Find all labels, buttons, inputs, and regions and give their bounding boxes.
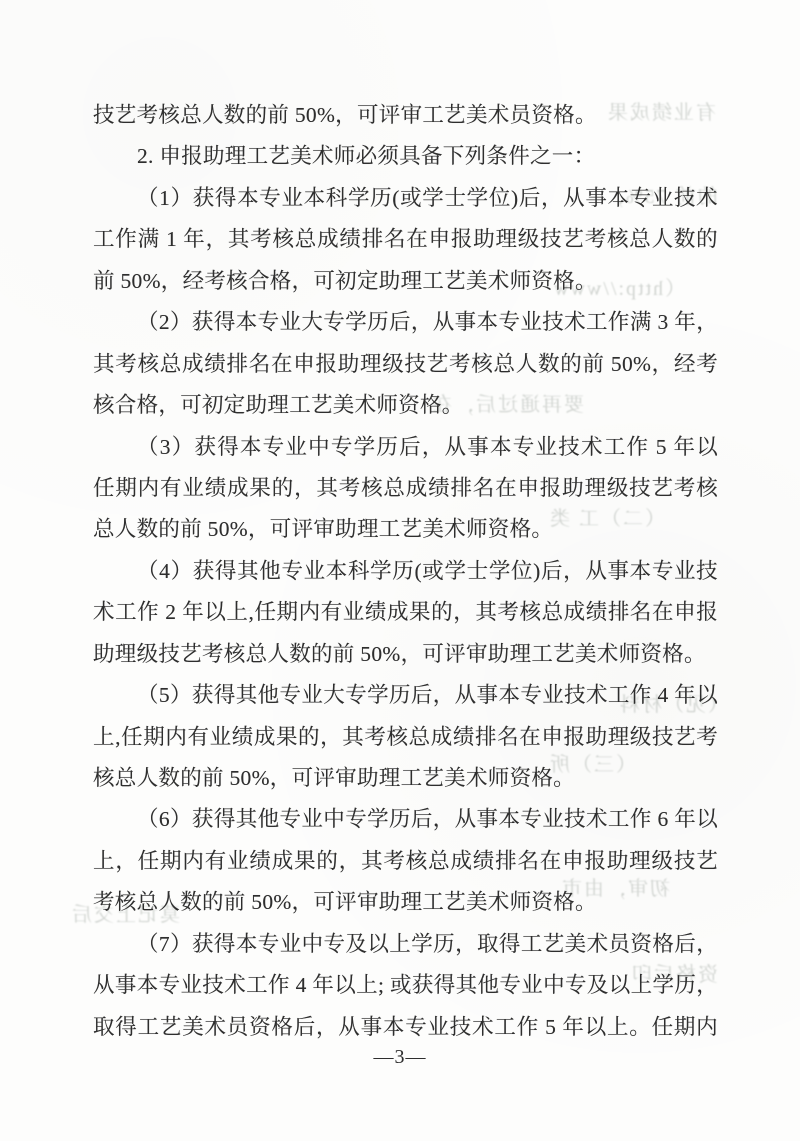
text-line: （2）获得本专业大专学历后，从事本专业技术工作满 3 年， <box>93 302 718 343</box>
text-line: 从事本专业技术工作 4 年以上; 或获得其他专业中专及以上学历， <box>93 965 718 1006</box>
text-line: 核合格，可初定助理工艺美术师资格。 <box>93 385 718 426</box>
text-line: 总人数的前 50%，可评审助理工艺美术师资格。 <box>93 509 718 550</box>
text-line: （6）获得其他专业中专学历后，从事本专业技术工作 6 年以 <box>93 799 718 840</box>
text-line: （1）获得本专业本科学历(或学士学位)后，从事本专业技术 <box>93 178 718 219</box>
text-line: 核总人数的前 50%，可评审助理工艺美术师资格。 <box>93 758 718 799</box>
page-number: —3— <box>0 1042 800 1072</box>
text-line: （4）获得其他专业本科学历(或学士学位)后，从事本专业技 <box>93 551 718 592</box>
text-line: 上，任期内有业绩成果的，其考核总成绩排名在申报助理级技艺 <box>93 841 718 882</box>
text-line: 前 50%，经考核合格，可初定助理工艺美术师资格。 <box>93 261 718 302</box>
text-line: 上,任期内有业绩成果的，其考核总成绩排名在申报助理级技艺考 <box>93 717 718 758</box>
text-line: 任期内有业绩成果的，其考核总成绩排名在申报助理级技艺考核 <box>93 468 718 509</box>
text-line: 术工作 2 年以上,任期内有业绩成果的，其考核总成绩排名在申报 <box>93 592 718 633</box>
text-line: 2. 申报助理工艺美术师必须具备下列条件之一： <box>93 136 718 177</box>
text-line: 其考核总成绩排名在申报助理级技艺考核总人数的前 50%，经考 <box>93 344 718 385</box>
text-line: （7）获得本专业中专及以上学历，取得工艺美术员资格后， <box>93 924 718 965</box>
text-line: 考核总人数的前 50%，可评审助理工艺美术师资格。 <box>93 882 718 923</box>
text-line: （5）获得其他专业大专学历后，从事本专业技术工作 4 年以 <box>93 675 718 716</box>
text-line: 技艺考核总人数的前 50%，可评审工艺美术员资格。 <box>93 95 718 136</box>
document-text-block: 技艺考核总人数的前 50%，可评审工艺美术员资格。 2. 申报助理工艺美术师必须… <box>93 95 718 1048</box>
text-line: 助理级技艺考核总人数的前 50%，可评审助理工艺美术师资格。 <box>93 634 718 675</box>
document-page: 有业绩成果 的前 75%， （http://www 要再通过后，在 （二）工 类… <box>0 0 800 1141</box>
text-line: 工作满 1 年，其考核总成绩排名在申报助理级技艺考核总人数的 <box>93 219 718 260</box>
text-line: （3）获得本专业中专学历后，从事本专业技术工作 5 年以上， <box>93 427 718 468</box>
